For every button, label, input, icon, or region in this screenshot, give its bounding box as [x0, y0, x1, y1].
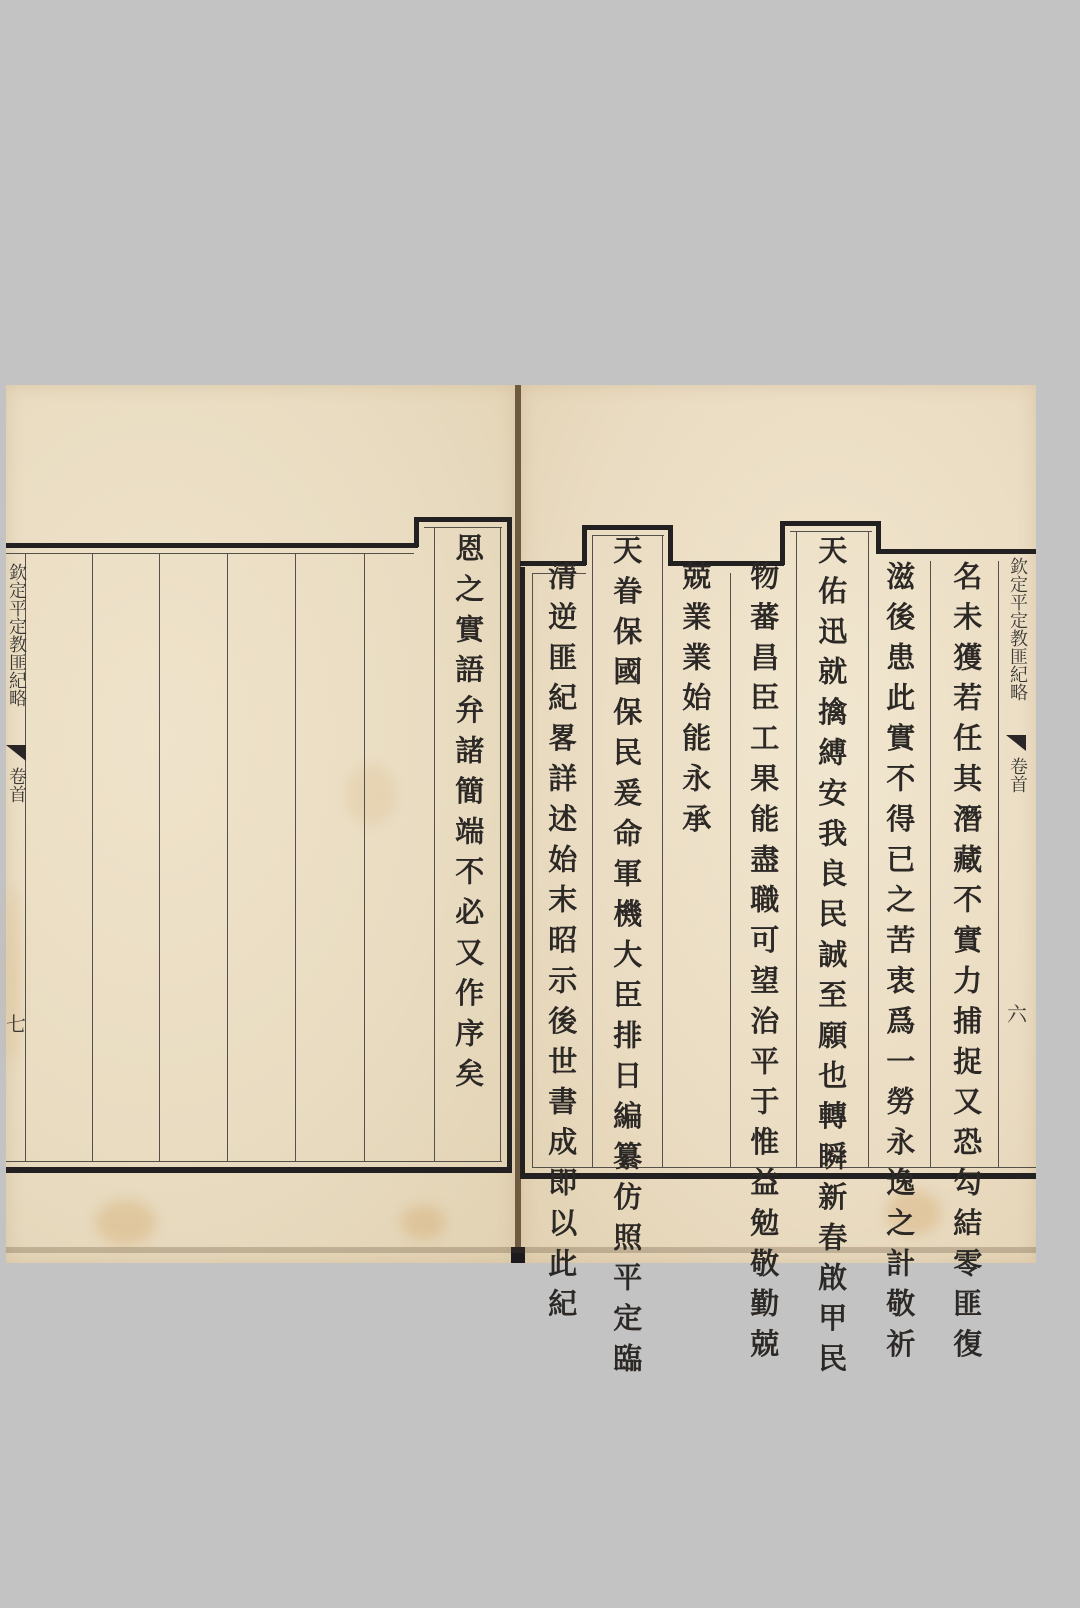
text-column: 名未獲若任其潛藏不實力捕捉又恐勾結零匪復: [949, 561, 983, 1369]
column-text: 清逆匪紀畧詳述始末昭示後世書成即以此紀: [541, 561, 581, 1329]
frame-tab-side: [582, 525, 587, 565]
paper-stain: [6, 885, 20, 1065]
column-text: 恩之實語弁諸簡端不必又作序矣: [448, 533, 488, 1099]
column-rule: [434, 527, 435, 1161]
paper-stain: [346, 765, 396, 825]
column-rule: [730, 573, 731, 1167]
column-rule: [868, 531, 869, 1167]
paper-stain: [96, 1200, 156, 1245]
text-column: 物蕃昌臣工果能盡職可望治平于惟益勉敬勤兢: [746, 561, 780, 1369]
column-rule: [998, 561, 999, 1167]
column-rule: [227, 553, 228, 1161]
column-rule: [662, 535, 663, 1167]
column-rule: [295, 553, 296, 1161]
book-spread: 欽定平定教匪紀略 卷首 七 恩之實語弁諸簡端不必又作序矣 欽定平定教匪紀略 卷首…: [6, 385, 1036, 1263]
left-page-number: 七: [5, 1013, 27, 1035]
book-title: 欽定平定教匪紀略: [5, 563, 27, 707]
left-margin-title: 欽定平定教匪紀略: [5, 563, 27, 707]
book-title: 欽定平定教匪紀略: [1006, 557, 1028, 701]
text-column: 清逆匪紀畧詳述始末昭示後世書成即以此紀: [544, 561, 578, 1329]
frame-top-border: [876, 549, 1036, 554]
right-margin-chapter: 卷首: [1006, 757, 1028, 793]
frame-top-border: [6, 543, 418, 548]
column-rule: [796, 531, 797, 1167]
right-margin-title: 欽定平定教匪紀略: [1006, 557, 1028, 701]
text-column: 天眷保國保民爰命軍機大臣排日編纂仿照平定臨: [609, 535, 643, 1383]
frame-bottom-border: [6, 1167, 512, 1173]
frame-tab-top: [780, 521, 880, 526]
frame-inner-line: [532, 573, 533, 1167]
frame-inner-line: [424, 527, 502, 528]
frame-inner-line: [500, 527, 501, 1161]
frame-tab-top: [414, 517, 512, 522]
frame-inner-line: [6, 553, 414, 554]
column-rule: [92, 553, 93, 1161]
chapter-label: 卷首: [5, 767, 27, 803]
column-rule: [159, 553, 160, 1161]
text-column: 兢業業始能永承: [678, 561, 712, 844]
frame-inner-line: [790, 531, 872, 532]
frame-left-border: [520, 567, 525, 1179]
text-column: 天佑迅就擒縛安我良民誠至願也轉瞬新春啟甲民: [814, 535, 848, 1383]
frame-inner-line: [6, 1161, 502, 1162]
paper-stain: [401, 1205, 446, 1240]
frame-right-border: [507, 517, 512, 1173]
right-page-number: 六: [1006, 1003, 1028, 1025]
text-column: 恩之實語弁諸簡端不必又作序矣: [451, 533, 485, 1099]
frame-tab-side: [668, 525, 673, 565]
column-rule: [592, 535, 593, 1167]
column-text: 物蕃昌臣工果能盡職可望治平于惟益勉敬勤兢: [743, 561, 783, 1369]
frame-tab-top: [582, 525, 672, 530]
column-text: 兢業業始能永承: [675, 561, 715, 844]
column-rule: [364, 553, 365, 1161]
column-text: 天佑迅就擒縛安我良民誠至願也轉瞬新春啟甲民: [811, 535, 851, 1383]
chapter-label: 卷首: [1006, 757, 1028, 793]
text-column: 滋後患此實不得已之苦衷爲一勞永逸之計敬祈: [882, 561, 916, 1369]
column-text: 天眷保國保民爰命軍機大臣排日編纂仿照平定臨: [606, 535, 646, 1383]
left-margin-chapter: 卷首: [5, 767, 27, 803]
column-text: 名未獲若任其潛藏不實力捕捉又恐勾結零匪復: [946, 561, 986, 1369]
column-rule: [930, 561, 931, 1167]
frame-tab-side: [780, 521, 785, 565]
column-text: 滋後患此實不得已之苦衷爲一勞永逸之計敬祈: [879, 561, 919, 1369]
